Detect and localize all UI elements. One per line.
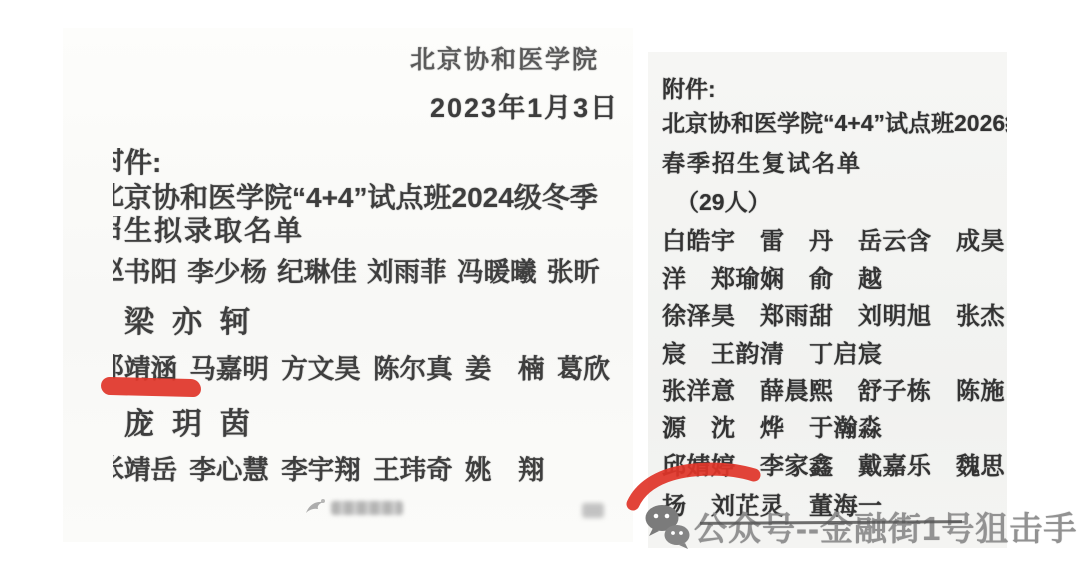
page: 北京协和医学院 2023年1月3日 附件: 北京协和医学院“4+4”试点班202…	[0, 0, 1080, 571]
right-doc-name-row: 源 沈 烨 于瀚淼	[662, 408, 883, 443]
blurred-watermark	[303, 497, 407, 519]
right-doc-name-row: 张洋意 薛晨熙 舒子栋 陈施	[662, 371, 1005, 406]
right-doc-attachment-label: 附件:	[662, 71, 716, 104]
cut-character: 赵	[113, 257, 124, 287]
left-doc-date: 2023年1月3日	[430, 86, 619, 125]
cut-character: 田	[113, 411, 124, 441]
cut-character: 附	[113, 148, 124, 178]
left-doc-name-row: 全梁亦轲	[113, 297, 268, 341]
right-doc-name-row: 白皓宇 雷 丹 岳云含 成昊	[662, 221, 1005, 256]
wechat-icon	[644, 504, 692, 550]
account-watermark-text: 公众号--金融街1号狙击手	[694, 503, 1077, 550]
red-underline-mark	[101, 377, 201, 397]
left-doc-attachment-label: 附件:	[113, 141, 161, 181]
right-doc-title: 北京协和医学院“4+4”试点班2026级	[662, 105, 1007, 138]
left-doc-org-header: 北京协和医学院	[410, 40, 599, 76]
left-doc-name-row: 赵书阳 李少杨 纪琳佳 刘雨菲 冯暖曦 张昕	[113, 250, 600, 289]
right-doc-subtitle: 春季招生复试名单	[662, 145, 862, 178]
right-doc-name-row: 宸 王韵清 丁启宸	[662, 334, 883, 369]
blurred-watermark-text	[331, 501, 403, 515]
left-doc-name-row: 张靖岳 李心慧 李宇翔 王玮奇 姚 翔	[113, 448, 544, 487]
blurred-edge-mark	[582, 503, 604, 518]
cut-character: 招	[113, 216, 124, 246]
blurred-logo-icon	[303, 497, 329, 519]
cut-character: 全	[113, 309, 124, 339]
left-doc-subtitle-line: 招生拟录取名单	[113, 209, 304, 249]
left-doc-name-row: 田庞玥茵	[113, 399, 268, 443]
right-doc-name-row: 徐泽昊 郑雨甜 刘明旭 张杰	[662, 296, 1005, 331]
cut-character: 张	[113, 455, 124, 485]
right-doc-name-row: 洋 郑瑜娴 俞 越	[662, 259, 883, 294]
right-doc-count: （29人）	[676, 184, 771, 217]
